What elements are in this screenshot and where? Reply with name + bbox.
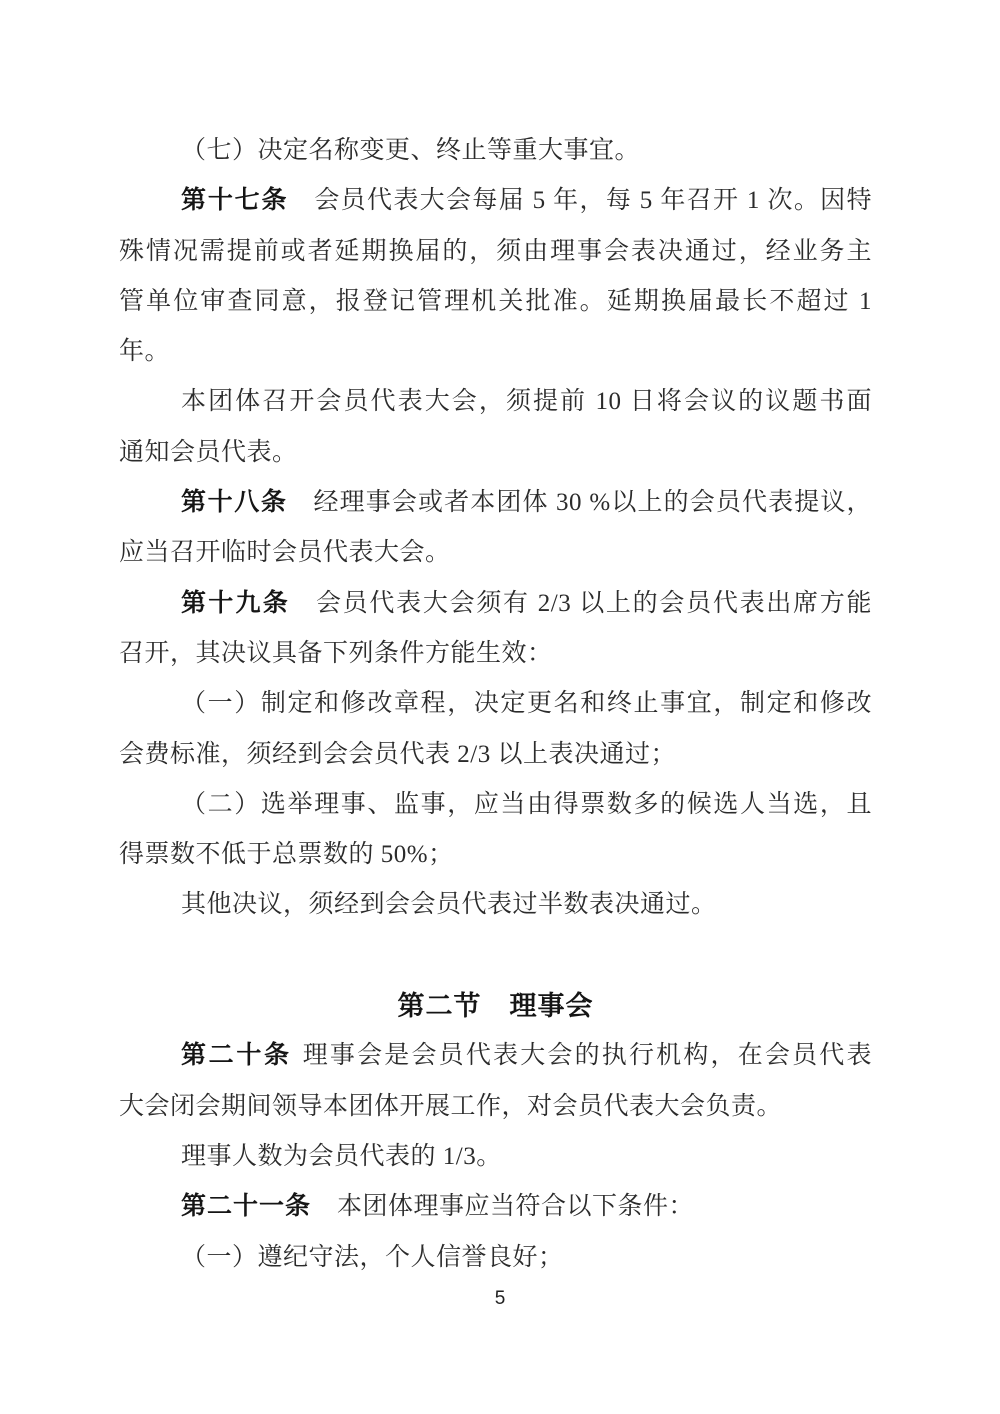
doc-line: （一）遵纪守法，个人信誉良好； bbox=[119, 1233, 872, 1283]
doc-line: （一）制定和修改章程，决定更名和终止事宜，制定和修改 bbox=[119, 679, 872, 729]
doc-line: 应当召开临时会员代表大会。 bbox=[119, 528, 872, 578]
doc-line-article-20: 第二十条理事会是会员代表大会的执行机构，在会员代表 bbox=[119, 1031, 872, 1081]
doc-line-text: 会员代表大会须有 2/3 以上的会员代表出席方能 bbox=[316, 590, 872, 617]
doc-line: 大会闭会期间领导本团体开展工作，对会员代表大会负责。 bbox=[119, 1082, 872, 1132]
doc-line: 会费标准，须经到会会员代表 2/3 以上表决通过； bbox=[119, 730, 872, 780]
document-page: （七）决定名称变更、终止等重大事宜。 第十七条会员代表大会每届 5 年，每 5 … bbox=[0, 0, 1000, 1414]
doc-line: 通知会员代表。 bbox=[119, 428, 872, 478]
article-number: 第二十一条 bbox=[181, 1193, 311, 1220]
document-body: （七）决定名称变更、终止等重大事宜。 第十七条会员代表大会每届 5 年，每 5 … bbox=[119, 126, 872, 1283]
article-number: 第十八条 bbox=[181, 489, 288, 516]
doc-line-article-21: 第二十一条本团体理事应当符合以下条件： bbox=[119, 1182, 872, 1232]
doc-line: 召开，其决议具备下列条件方能生效： bbox=[119, 629, 872, 679]
doc-line-article-19: 第十九条会员代表大会须有 2/3 以上的会员代表出席方能 bbox=[119, 579, 872, 629]
doc-line-text: 会员代表大会每届 5 年，每 5 年召开 1 次。因特 bbox=[314, 187, 872, 214]
doc-line-text: 经理事会或者本团体 30 %以上的会员代表提议， bbox=[314, 489, 872, 516]
doc-line: 年。 bbox=[119, 327, 872, 377]
section-heading: 第二节 理事会 bbox=[119, 981, 872, 1031]
doc-line-text: 本团体理事应当符合以下条件： bbox=[337, 1193, 694, 1220]
doc-line-article-17: 第十七条会员代表大会每届 5 年，每 5 年召开 1 次。因特 bbox=[119, 176, 872, 226]
doc-line-text: 理事会是会员代表大会的执行机构，在会员代表 bbox=[303, 1042, 872, 1069]
doc-line: （二）选举理事、监事，应当由得票数多的候选人当选，且 bbox=[119, 780, 872, 830]
blank-line bbox=[119, 931, 872, 981]
article-number: 第十七条 bbox=[181, 187, 288, 214]
article-number: 第十九条 bbox=[181, 590, 290, 617]
page-number: 5 bbox=[0, 1288, 1000, 1310]
doc-line: 本团体召开会员代表大会，须提前 10 日将会议的议题书面 bbox=[119, 377, 872, 427]
doc-line: 理事人数为会员代表的 1/3。 bbox=[119, 1132, 872, 1182]
article-number: 第二十条 bbox=[181, 1042, 292, 1069]
doc-line: （七）决定名称变更、终止等重大事宜。 bbox=[119, 126, 872, 176]
doc-line: 得票数不低于总票数的 50%； bbox=[119, 830, 872, 880]
doc-line: 其他决议，须经到会会员代表过半数表决通过。 bbox=[119, 880, 872, 930]
doc-line-article-18: 第十八条经理事会或者本团体 30 %以上的会员代表提议， bbox=[119, 478, 872, 528]
doc-line: 殊情况需提前或者延期换届的，须由理事会表决通过，经业务主 bbox=[119, 227, 872, 277]
doc-line: 管单位审查同意，报登记管理机关批准。延期换届最长不超过 1 bbox=[119, 277, 872, 327]
